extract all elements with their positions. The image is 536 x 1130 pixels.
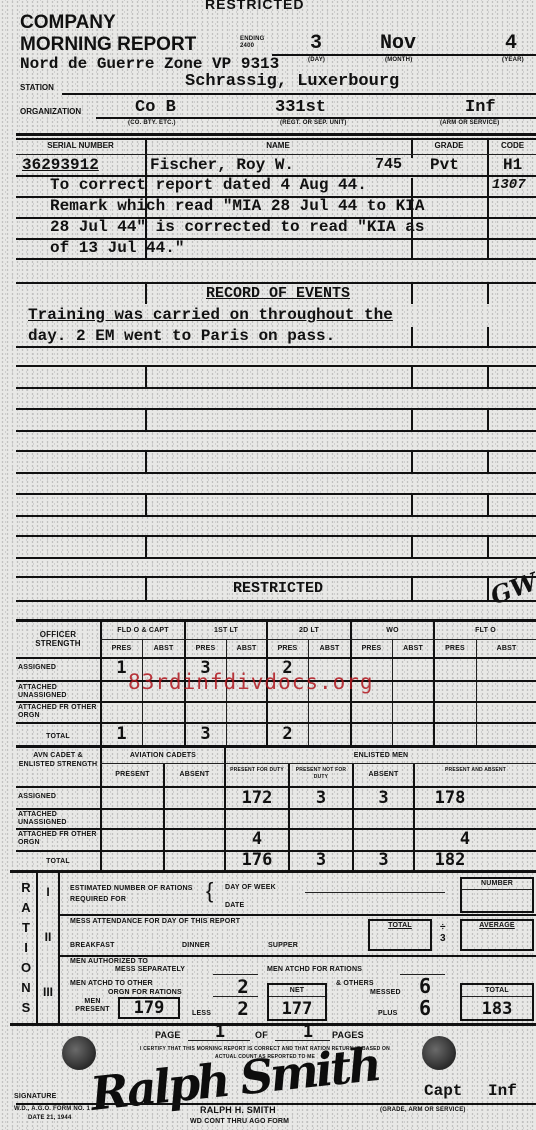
form-label: W.D., A.G.O. FORM NO. 1 — [14, 1106, 124, 1112]
col-header-grade: GRADE — [413, 141, 485, 150]
em-total-present-not-duty: 3 — [290, 850, 352, 870]
enlisted-men-header: ENLISTED MEN — [226, 752, 536, 759]
officer-group-flt-o: FLT O — [435, 627, 536, 634]
soldier-mos: 745 — [375, 156, 402, 173]
others-messed-label-2: MESSED — [370, 989, 401, 996]
officer-group-wo: WO — [352, 627, 433, 634]
officer-group-2d-lt: 2D LT — [268, 627, 350, 634]
org-regiment: 331st — [275, 98, 326, 117]
event-line-2: day. 2 EM went to Paris on pass. — [28, 327, 335, 345]
subcol-pres: PRES — [267, 645, 308, 652]
col-em-present-absent: PRESENT AND ABSENT — [415, 767, 536, 774]
officer-group-fld-capt: FLD O & CAPT — [102, 627, 184, 634]
rations-total-label: TOTAL — [460, 987, 534, 994]
men-present-label: MEN PRESENT — [70, 998, 115, 1014]
officer-total-2lt-pres: 2 — [267, 724, 308, 744]
em-attached-other-present-duty: 4 — [226, 829, 288, 849]
em-row-label-total: TOTAL — [16, 858, 100, 865]
em-row-label-attached-unassigned: ATTACHED UNASSIGNED — [18, 811, 98, 827]
section-iii-numeral: III — [38, 985, 58, 999]
col-header-serial: SERIAL NUMBER — [18, 141, 143, 150]
classification-top: RESTRICTED — [205, 0, 304, 12]
divide-by-three: ÷ 3 — [440, 922, 452, 944]
signer-caption: WD CONT THRU AGO FORM — [190, 1118, 289, 1125]
page-label: PAGE — [155, 1030, 181, 1040]
soldier-grade: Pvt — [430, 156, 459, 174]
event-line-1: Training was carried on throughout the — [28, 306, 393, 324]
col-em-absent: ABSENT — [354, 771, 413, 778]
org-caption-2: (REGT. OR SEP. UNIT) — [280, 120, 347, 126]
row-label-attached-unassigned: ATTACHED UNASSIGNED — [18, 684, 98, 700]
year-caption: (YEAR) — [502, 57, 524, 63]
binder-hole-right — [422, 1036, 456, 1070]
dinner-label: DINNER — [182, 942, 210, 949]
number-label: NUMBER — [460, 880, 534, 887]
officer-strength-title: OFFICER STRENGTH — [16, 630, 100, 648]
atchd-rations-label: MEN ATCHD FOR RATIONS — [267, 966, 362, 973]
officer-total-fld-pres: 1 — [101, 724, 142, 744]
others-messed-label-1: & OTHERS — [336, 980, 374, 987]
em-assigned-present-not-duty: 3 — [290, 788, 352, 808]
authorized-label-2: MESS SEPARATELY — [115, 966, 185, 973]
binder-hole-left — [62, 1036, 96, 1070]
subcol-pres: PRES — [434, 645, 476, 652]
atchd-other-value: 2 — [228, 976, 258, 998]
section-i-day-of-week: DAY OF WEEK — [225, 884, 276, 891]
form-date: DATE 21, 1944 — [28, 1115, 72, 1121]
row-label-attached-other: ATTACHED FR OTHER ORGN — [18, 704, 98, 720]
section-ii-numeral: II — [38, 930, 58, 944]
soldier-code-line2: 1307 — [492, 177, 526, 193]
morning-report-document: RESTRICTED COMPANY MORNING REPORT ENDING… — [0, 0, 536, 1130]
em-total-absent: 3 — [354, 850, 413, 870]
men-present-value: 179 — [118, 998, 180, 1018]
rations-total-value: 183 — [460, 999, 534, 1019]
officer-total-1lt-pres: 3 — [185, 724, 226, 744]
location-line: Nord de Guerre Zone VP 9313 — [20, 55, 279, 73]
section-i-brace: { — [206, 878, 213, 904]
page-number: 1 — [210, 1022, 230, 1042]
subcol-pres: PRES — [351, 645, 392, 652]
org-caption-1: (CO. BTY. ETC.) — [128, 120, 176, 126]
em-attached-other-present-absent: 4 — [415, 829, 515, 849]
subcol-abst: ABST — [227, 645, 266, 652]
remark-line-4: of 13 Jul 44." — [50, 239, 184, 257]
section-ii-label: MESS ATTENDANCE FOR DAY OF THIS REPORT — [70, 918, 240, 925]
col-avn-present: PRESENT — [102, 771, 163, 778]
title-company: COMPANY — [20, 12, 116, 34]
em-assigned-present-duty: 172 — [226, 788, 288, 808]
report-day: 3 — [310, 32, 322, 55]
reviewer-initials: GW — [486, 567, 536, 610]
net-value: 177 — [267, 999, 327, 1019]
record-of-events-title: RECORD OF EVENTS — [147, 285, 409, 302]
report-year: 4 — [505, 32, 517, 55]
org-caption-3: (ARM OR SERVICE) — [440, 120, 499, 126]
signer-name: RALPH H. SMITH — [200, 1105, 276, 1115]
subcol-abst: ABST — [477, 645, 536, 652]
row-label-assigned: ASSIGNED — [18, 664, 56, 671]
enlisted-strength-title: AVN CADET & ENLISTED STRENGTH — [16, 751, 100, 769]
em-row-label-assigned: ASSIGNED — [18, 793, 56, 800]
watermark: 83rdinfdivdocs.org — [128, 670, 374, 694]
remark-line-1: To correct report dated 4 Aug 44. — [50, 176, 367, 194]
classification-mid: RESTRICTED — [147, 580, 409, 597]
col-header-name: NAME — [147, 141, 409, 150]
soldier-code: H1 — [503, 156, 522, 174]
aviation-cadets-header: AVIATION CADETS — [102, 752, 224, 759]
of-label: OF — [255, 1030, 268, 1040]
plus-value: 6 — [410, 996, 440, 1020]
org-company: Co B — [135, 98, 176, 117]
signer-rank: Capt — [424, 1082, 462, 1100]
remark-line-3: 28 Jul 44" is corrected to read "KIA as — [50, 218, 424, 236]
col-em-present-not-duty: PRESENT NOT FOR DUTY — [290, 767, 352, 781]
plus-label: PLUS — [378, 1010, 397, 1017]
mess-total-label: TOTAL — [368, 922, 432, 929]
section-i-label: ESTIMATED NUMBER OF RATIONS REQUIRED FOR — [70, 883, 210, 905]
em-assigned-absent: 3 — [354, 788, 413, 808]
signature-label: SIGNATURE — [14, 1093, 57, 1100]
rank-caption: (GRADE, ARM OR SERVICE) — [380, 1107, 466, 1113]
subcol-pres: PRES — [185, 645, 226, 652]
month-caption: (MONTH) — [385, 57, 412, 63]
remark-line-2: Remark which read "MIA 28 Jul 44 to KIA — [50, 197, 424, 215]
subcol-abst: ABST — [309, 645, 350, 652]
title-morning-report: MORNING REPORT — [20, 34, 196, 56]
section-i-numeral: I — [38, 885, 58, 899]
station-value: Schrassig, Luxerbourg — [185, 72, 399, 91]
breakfast-label: BREAKFAST — [70, 942, 115, 949]
average-label: AVERAGE — [460, 922, 534, 929]
report-month: Nov — [380, 32, 416, 55]
ending-label: ENDING 2400 — [240, 36, 272, 50]
section-i-date: DATE — [225, 902, 244, 909]
day-caption: (DAY) — [308, 57, 325, 63]
less-label: LESS — [192, 1010, 211, 1017]
subcol-pres: PRES — [101, 645, 142, 652]
signer-branch: Inf — [488, 1082, 517, 1100]
organization-label: ORGANIZATION — [20, 107, 81, 116]
station-label: STATION — [20, 83, 54, 92]
serial-number: 36293912 — [22, 156, 99, 174]
col-em-present-duty: PRESENT FOR DUTY — [226, 767, 288, 774]
em-total-present-duty: 176 — [226, 850, 288, 870]
em-total-present-absent: 182 — [415, 850, 485, 870]
supper-label: SUPPER — [268, 942, 298, 949]
authorized-label-1: MEN AUTHORIZED TO — [70, 958, 148, 965]
subcol-abst: ABST — [393, 645, 433, 652]
total-pages: 1 — [298, 1022, 318, 1042]
col-header-code: CODE — [489, 141, 536, 150]
em-row-label-attached-other: ATTACHED FR OTHER ORGN — [18, 831, 98, 847]
net-label: NET — [267, 987, 327, 994]
row-label-total: TOTAL — [16, 733, 100, 740]
atchd-other-label-2: ORGN FOR RATIONS — [108, 989, 182, 996]
soldier-name: Fischer, Roy W. — [150, 156, 294, 174]
others-messed-value: 6 — [410, 974, 440, 998]
em-assigned-present-absent: 178 — [415, 788, 485, 808]
officer-group-1st-lt: 1ST LT — [186, 627, 266, 634]
subcol-abst: ABST — [143, 645, 184, 652]
less-value: 2 — [228, 998, 258, 1020]
col-avn-absent: ABSENT — [165, 771, 224, 778]
rations-side-label: R A T I O N S — [16, 878, 36, 1018]
org-branch: Inf — [465, 98, 496, 117]
atchd-other-label-1: MEN ATCHD TO OTHER — [70, 980, 153, 987]
